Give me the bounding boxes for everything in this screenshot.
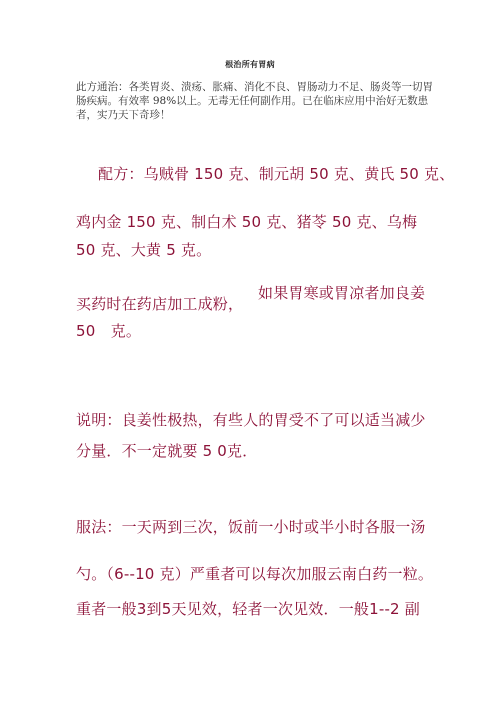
formula-line-1: 配方：乌贼骨 150 克、制元胡 50 克、黄氏 50 克、 bbox=[98, 163, 454, 184]
ginger-note: 如果胃寒或胃凉者加良姜 bbox=[258, 282, 425, 303]
formula-line-2: 鸡内金 150 克、制白术 50 克、猪苓 50 克、乌梅 bbox=[76, 211, 417, 232]
buy-line-2: 50 克。 bbox=[76, 320, 141, 341]
explain-line-2: 分量．不一定就要 5 0克． bbox=[76, 440, 257, 461]
usage-line-2: 勺。（6--10 克）严重者可以每次加服云南白药一粒。 bbox=[76, 563, 433, 584]
buy-line-1: 买药时在药店加工成粉， bbox=[76, 293, 243, 314]
usage-line-3: 重者一般3到5天见效，轻者一次见效．一般1--2 副 bbox=[76, 598, 420, 619]
document-page: 根治所有胃病 此方通治：各类胃炎、溃疡、胀痛、消化不良、胃肠动力不足、肠炎等一切… bbox=[0, 0, 500, 707]
document-title: 根治所有胃病 bbox=[0, 59, 500, 70]
formula-line-3: 50 克、大黄 5 克。 bbox=[76, 239, 211, 260]
usage-line-1: 服法：一天两到三次，饭前一小时或半小时各服一汤 bbox=[76, 516, 426, 537]
intro-paragraph: 此方通治：各类胃炎、溃疡、胀痛、消化不良、胃肠动力不足、肠炎等一切胃肠疾病。有效… bbox=[76, 80, 436, 122]
explain-line-1: 说明：良姜性极热，有些人的胃受不了可以适当减少 bbox=[76, 409, 426, 430]
